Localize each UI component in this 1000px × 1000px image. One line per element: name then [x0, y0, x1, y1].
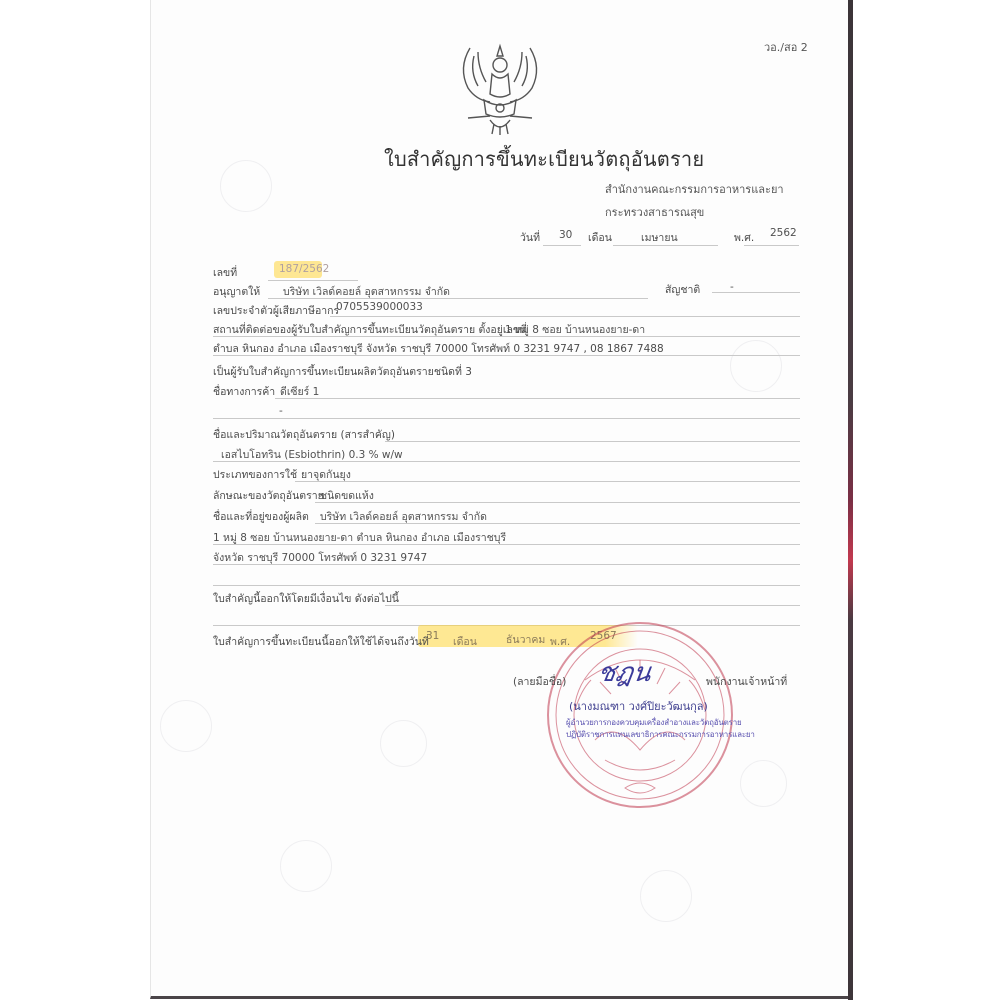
rule	[213, 544, 800, 545]
rule	[213, 418, 800, 419]
tax-id: 0705539000033	[336, 301, 423, 313]
rule	[613, 245, 718, 246]
valid-month-label: เดือน	[453, 633, 477, 650]
issue-month-label: เดือน	[588, 229, 612, 246]
rule	[315, 523, 800, 524]
rule	[744, 245, 799, 246]
valid-month: ธันวาคม	[506, 631, 545, 648]
rule	[385, 605, 800, 606]
garuda-emblem-icon	[450, 38, 550, 138]
rule	[315, 502, 800, 503]
watermark-seal	[280, 840, 332, 892]
signature-role: พนักงานเจ้าหน้าที่	[706, 673, 787, 690]
rule	[213, 336, 800, 337]
official-seal-stamp-icon	[545, 620, 735, 810]
rule	[330, 316, 800, 317]
page-edge-shadow	[848, 0, 853, 1000]
watermark-seal	[380, 720, 427, 767]
rule	[268, 280, 358, 281]
watermark-seal	[640, 870, 692, 922]
signatory-name: (นางมณฑา วงศ์ปิยะวัฒนกุล)	[569, 697, 708, 715]
tax-id-label: เลขประจำตัวผู้เสียภาษีอากร	[213, 302, 339, 319]
rule	[268, 298, 648, 299]
type-statement: เป็นผู้รับใบสำคัญการขึ้นทะเบียนผลิตวัตถุ…	[213, 363, 472, 380]
issue-day: 30	[559, 229, 572, 241]
handwritten-signature: ชฎน	[595, 652, 654, 693]
issue-month: เมษายน	[641, 229, 678, 246]
rule	[295, 481, 800, 482]
trade-name-extra: -	[279, 405, 283, 417]
valid-day: 31	[426, 630, 439, 642]
conditions: -	[392, 589, 396, 601]
agency-name: สำนักงานคณะกรรมการอาหารและยา	[605, 180, 784, 198]
issue-year: 2562	[770, 227, 797, 239]
trade-name-label: ชื่อทางการค้า	[213, 383, 275, 400]
ministry-name: กระทรวงสาธารณสุข	[605, 203, 704, 221]
document-title: ใบสำคัญการขึ้นทะเบียนวัตถุอันตราย	[384, 143, 704, 175]
licensee-label: อนุญาตให้	[213, 283, 260, 300]
manufacturer-label: ชื่อและที่อยู่ของผู้ผลิต	[213, 508, 309, 525]
watermark-seal	[220, 160, 272, 212]
rule	[213, 564, 800, 565]
rule	[543, 245, 581, 246]
watermark-seal	[730, 340, 782, 392]
rule	[712, 292, 800, 293]
issue-day-label: วันที่	[520, 229, 540, 246]
rule	[213, 461, 800, 462]
signature-label: (ลายมือชื่อ)	[513, 673, 566, 690]
signatory-position-line2: ปฏิบัติราชการแทนเลขาธิการคณะกรรมการอาหาร…	[566, 728, 755, 741]
validity-label: ใบสำคัญการขึ้นทะเบียนนี้ออกให้ใช้ได้จนถึ…	[213, 633, 429, 650]
rule	[213, 585, 800, 586]
conditions-label: ใบสำคัญนี้ออกให้โดยมีเงื่อนไข ดังต่อไปนี…	[213, 590, 399, 607]
form-code: วอ./สอ 2	[764, 38, 808, 56]
substance-label: ชื่อและปริมาณวัตถุอันตราย (สารสำคัญ)	[213, 426, 395, 443]
registration-no: 187/2562	[279, 263, 329, 275]
rule	[213, 355, 800, 356]
rule	[275, 398, 800, 399]
nationality-label: สัญชาติ	[665, 281, 700, 298]
issue-year-label: พ.ศ.	[734, 229, 754, 246]
form-label: ลักษณะของวัตถุอันตราย	[213, 487, 324, 504]
rule	[385, 441, 800, 442]
registration-no-label: เลขที่	[213, 264, 237, 281]
watermark-seal	[160, 700, 212, 752]
watermark-seal	[740, 760, 787, 807]
usage-label: ประเภทของการใช้	[213, 466, 297, 483]
